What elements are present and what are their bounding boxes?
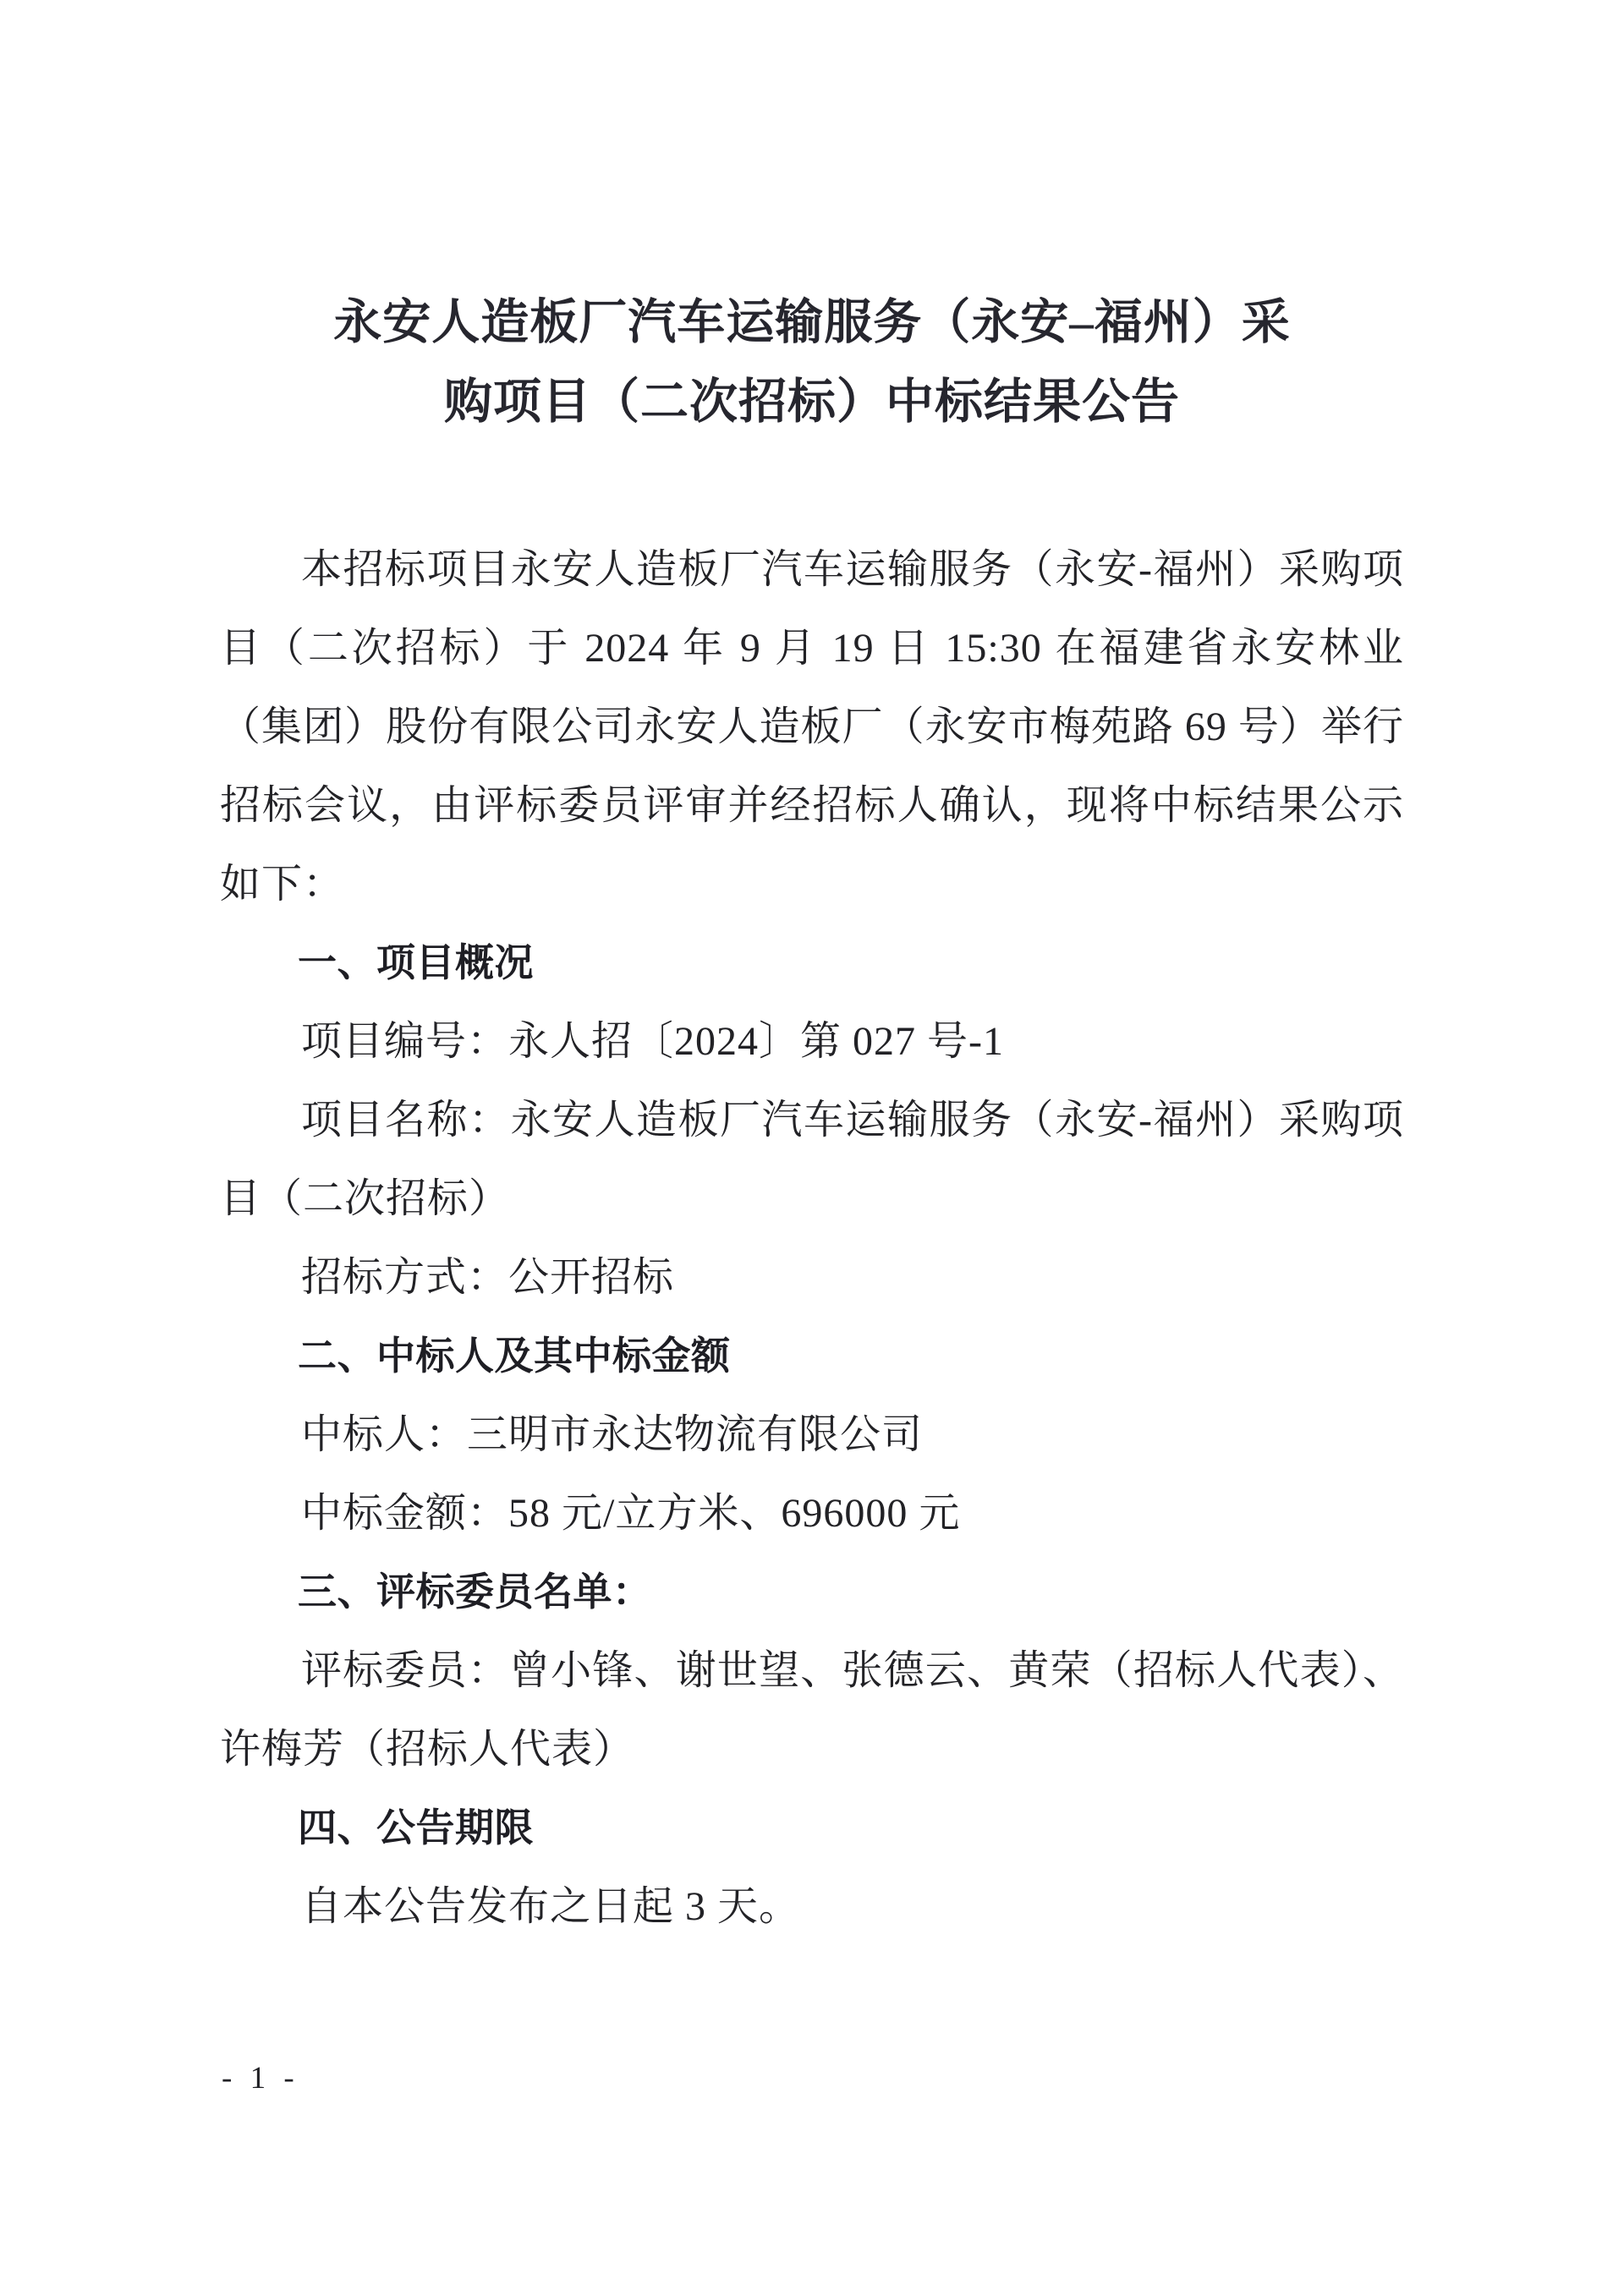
field-award-amount: 中标金额：58 元/立方米、696000 元	[220, 1474, 1404, 1553]
intro-paragraph: 本招标项目永安人造板厂汽车运输服务（永安-福州）采购项目（二次招标）于 2024…	[220, 530, 1404, 923]
title-line-2: 购项目（二次招标）中标结果公告	[220, 363, 1404, 442]
field-committee-members: 评标委员：曾小锋、谢世望、张德云、黄荣（招标人代表）、许梅芳（招标人代表）	[220, 1631, 1404, 1789]
document-body: 本招标项目永安人造板厂汽车运输服务（永安-福州）采购项目（二次招标）于 2024…	[220, 530, 1404, 1946]
section-heading-winner: 二、中标人及其中标金额	[220, 1317, 1404, 1395]
field-project-name: 项目名称：永安人造板厂汽车运输服务（永安-福州）采购项目（二次招标）	[220, 1081, 1404, 1238]
section-heading-overview: 一、项目概况	[220, 923, 1404, 1002]
field-notice-period: 自本公告发布之日起 3 天。	[220, 1867, 1404, 1946]
document-page: 永安人造板厂汽车运输服务（永安–福州）采 购项目（二次招标）中标结果公告 本招标…	[0, 0, 1624, 2296]
page-number: - 1 -	[222, 2060, 299, 2096]
document-title: 永安人造板厂汽车运输服务（永安–福州）采 购项目（二次招标）中标结果公告	[220, 283, 1404, 442]
section-heading-committee: 三、评标委员名单：	[220, 1553, 1404, 1631]
field-bidding-method: 招标方式：公开招标	[220, 1238, 1404, 1317]
title-line-1: 永安人造板厂汽车运输服务（永安–福州）采	[220, 283, 1404, 363]
document-content: 永安人造板厂汽车运输服务（永安–福州）采 购项目（二次招标）中标结果公告 本招标…	[220, 283, 1404, 1946]
section-heading-notice-period: 四、公告期限	[220, 1789, 1404, 1867]
field-project-number: 项目编号：永人招〔2024〕第 027 号-1	[220, 1002, 1404, 1081]
field-winner: 中标人：三明市永达物流有限公司	[220, 1395, 1404, 1474]
